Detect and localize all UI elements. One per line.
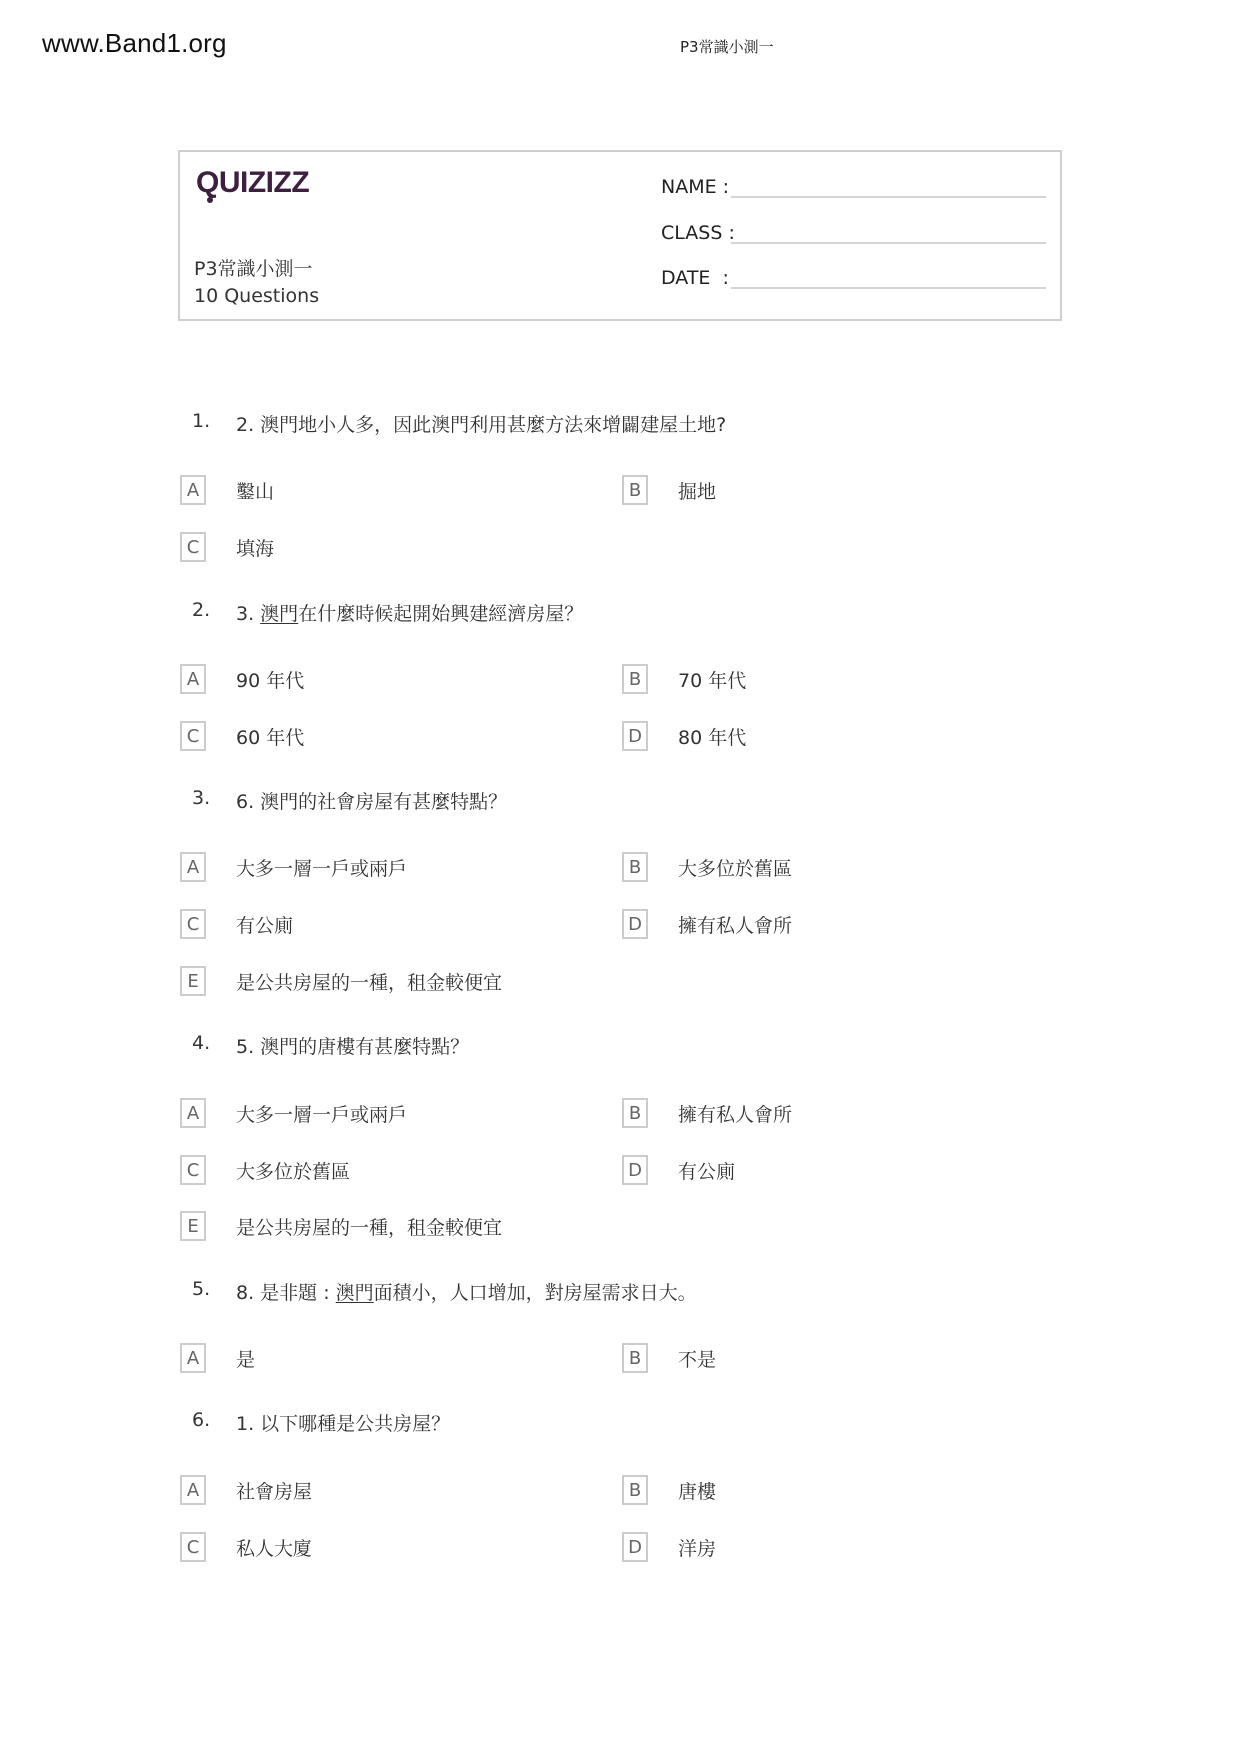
question-stem: 1. 2. 澳門地小人多，因此澳門利用甚麼方法來增闢建屋土地? [180,410,1040,440]
question-text: 5. 澳門的唐樓有甚麼特點？ [236,1032,469,1059]
option-d[interactable]: D80 年代 [622,721,746,751]
option-text: 有公廁 [236,911,293,938]
option-b[interactable]: B掘地 [622,475,716,505]
option-a[interactable]: A社會房屋 [180,1475,312,1505]
option-c[interactable]: C有公廁 [180,909,293,939]
option-b[interactable]: B不是 [622,1343,716,1373]
question-number: 6. [192,1409,210,1431]
option-a[interactable]: A是 [180,1343,255,1373]
question-stem: 6. 1. 以下哪種是公共房屋？ [180,1409,1040,1439]
option-text: 私人大廈 [236,1534,312,1561]
name-field[interactable]: NAME : [661,168,729,198]
quizizz-logo: QUIZIZZ [196,166,309,200]
option-letter-box: E [180,1211,206,1241]
question-number: 5. [192,1278,210,1300]
option-letter-box: B [622,1343,648,1373]
option-b[interactable]: B擁有私人會所 [622,1098,792,1128]
option-text: 大多位於舊區 [678,854,792,881]
name-line[interactable] [731,196,1046,198]
option-letter-box: B [622,852,648,882]
question-5: 5. 8. 是非題 : 澳門面積小，人口增加，對房屋需求日大。 [180,1278,1040,1308]
option-letter-box: B [622,1475,648,1505]
option-text: 80 年代 [678,723,746,750]
option-letter-box: C [180,532,206,562]
option-d[interactable]: D擁有私人會所 [622,909,792,939]
page-header-title: P3常識小測一 [680,36,774,57]
question-number: 1. [192,410,210,432]
option-letter-box: D [622,721,648,751]
option-letter-box: A [180,1098,206,1128]
option-letter-box: C [180,1532,206,1562]
option-a[interactable]: A鑿山 [180,475,274,505]
question-text: 1. 以下哪種是公共房屋？ [236,1409,450,1436]
site-url: www.Band1.org [42,28,227,59]
option-letter-box: C [180,721,206,751]
question-2: 2. 3. 澳門在什麼時候起開始興建經濟房屋？ [180,599,1040,629]
option-letter-box: A [180,1343,206,1373]
option-letter-box: E [180,966,206,996]
option-text: 90 年代 [236,666,304,693]
quiz-title: P3常識小測一 [194,256,319,283]
option-letter-box: B [622,1098,648,1128]
option-text: 大多一層一戶或兩戶 [236,1100,407,1127]
option-letter-box: C [180,1155,206,1185]
option-text: 是公共房屋的一種，租金較便宜 [236,968,502,995]
name-label: NAME : [661,176,729,198]
option-letter-box: A [180,852,206,882]
option-text: 有公廁 [678,1157,735,1184]
quiz-title-block: P3常識小測一 10 Questions [194,256,319,310]
option-letter-box: D [622,1155,648,1185]
question-stem: 3. 6. 澳門的社會房屋有甚麼特點？ [180,787,1040,817]
option-text: 填海 [236,534,274,561]
class-line[interactable] [731,242,1046,244]
option-c[interactable]: C私人大廈 [180,1532,312,1562]
question-number: 4. [192,1032,210,1054]
class-field[interactable]: CLASS : [661,214,729,244]
option-b[interactable]: B70 年代 [622,664,746,694]
option-e[interactable]: E是公共房屋的一種，租金較便宜 [180,966,502,996]
option-b[interactable]: B唐樓 [622,1475,716,1505]
option-text: 不是 [678,1345,716,1372]
question-text: 2. 澳門地小人多，因此澳門利用甚麼方法來增闢建屋土地? [236,410,726,437]
question-text: 8. 是非題 : 澳門面積小，人口增加，對房屋需求日大。 [236,1278,697,1305]
option-text: 掘地 [678,477,716,504]
question-6: 6. 1. 以下哪種是公共房屋？ [180,1409,1040,1439]
option-text: 大多一層一戶或兩戶 [236,854,407,881]
option-letter-box: A [180,664,206,694]
option-a[interactable]: A90 年代 [180,664,304,694]
option-a[interactable]: A大多一層一戶或兩戶 [180,852,407,882]
option-text: 60 年代 [236,723,304,750]
question-4: 4. 5. 澳門的唐樓有甚麼特點？ [180,1032,1040,1062]
question-1: 1. 2. 澳門地小人多，因此澳門利用甚麼方法來增闢建屋土地? [180,410,1040,440]
class-label: CLASS : [661,222,729,244]
option-text: 唐樓 [678,1477,716,1504]
option-a[interactable]: A大多一層一戶或兩戶 [180,1098,407,1128]
question-3: 3. 6. 澳門的社會房屋有甚麼特點？ [180,787,1040,817]
option-letter-box: D [622,909,648,939]
date-label: DATE : [661,267,729,289]
question-count: 10 Questions [194,283,319,310]
underlined-term: 澳門 [260,603,298,625]
question-stem: 4. 5. 澳門的唐樓有甚麼特點？ [180,1032,1040,1062]
option-c[interactable]: C大多位於舊區 [180,1155,350,1185]
option-c[interactable]: C60 年代 [180,721,304,751]
option-text: 社會房屋 [236,1477,312,1504]
option-letter-box: A [180,475,206,505]
option-e[interactable]: E是公共房屋的一種，租金較便宜 [180,1211,502,1241]
option-text: 70 年代 [678,666,746,693]
option-d[interactable]: D洋房 [622,1532,716,1562]
option-letter-box: D [622,1532,648,1562]
question-stem: 5. 8. 是非題 : 澳門面積小，人口增加，對房屋需求日大。 [180,1278,1040,1308]
date-field[interactable]: DATE : [661,259,729,289]
question-text: 3. 澳門在什麼時候起開始興建經濟房屋？ [236,599,583,626]
question-text: 6. 澳門的社會房屋有甚麼特點？ [236,787,507,814]
question-stem: 2. 3. 澳門在什麼時候起開始興建經濟房屋？ [180,599,1040,629]
option-letter-box: B [622,664,648,694]
option-text: 是公共房屋的一種，租金較便宜 [236,1213,502,1240]
option-d[interactable]: D有公廁 [622,1155,735,1185]
option-c[interactable]: C填海 [180,532,274,562]
option-text: 是 [236,1345,255,1372]
option-text: 鑿山 [236,477,274,504]
quiz-info-box: QUIZIZZ P3常識小測一 10 Questions NAME : CLAS… [178,150,1062,321]
underlined-term: 澳門 [336,1282,374,1304]
question-number: 3. [192,787,210,809]
question-number: 2. [192,599,210,621]
option-letter-box: C [180,909,206,939]
option-text: 大多位於舊區 [236,1157,350,1184]
date-line[interactable] [731,287,1046,289]
option-letter-box: B [622,475,648,505]
option-text: 洋房 [678,1534,716,1561]
option-text: 擁有私人會所 [678,1100,792,1127]
option-letter-box: A [180,1475,206,1505]
option-b[interactable]: B大多位於舊區 [622,852,792,882]
option-text: 擁有私人會所 [678,911,792,938]
